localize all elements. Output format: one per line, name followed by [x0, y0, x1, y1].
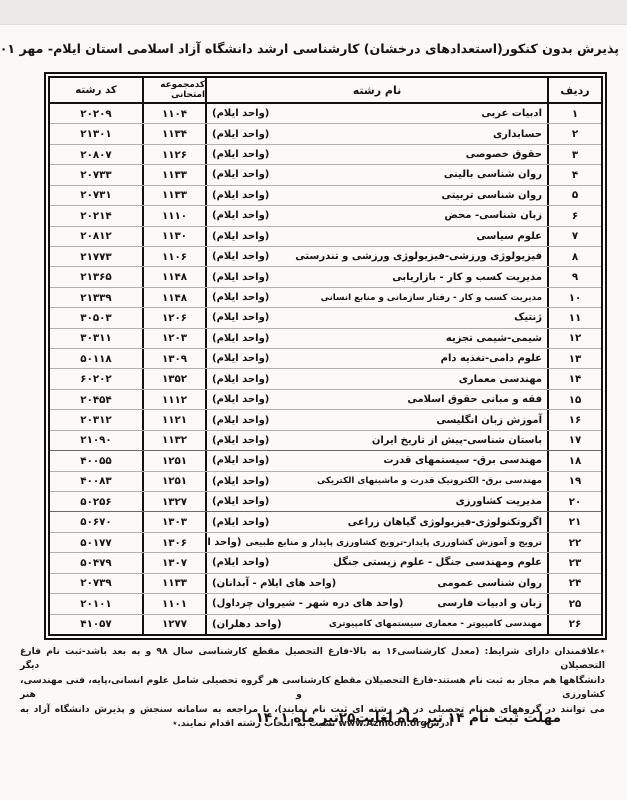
- program-name-cell: فقه و مبانی حقوق اسلامی(واحد ایلام): [205, 390, 547, 409]
- program-name: روان شناسی عمومی: [437, 578, 542, 589]
- program-name: علوم دامی-تغذیه دام: [441, 353, 542, 364]
- row-number-cell: ۱۱: [547, 308, 601, 327]
- exam-group-code-cell: ۱۳۰۶: [142, 533, 205, 552]
- table-row: ۱۱ژنتیک(واحد ایلام)۱۲۰۶۳۰۵۰۳: [50, 307, 601, 327]
- program-name-cell: مهندسی برق- سیستمهای قدرت(واحد ایلام): [205, 451, 547, 470]
- table-row: ۶زبان شناسی- محض(واحد ایلام)۱۱۱۰۲۰۲۱۴: [50, 205, 601, 225]
- exam-group-code-cell: ۱۲۰۳: [142, 329, 205, 348]
- program-code-cell: ۲۰۷۳۱: [50, 186, 142, 205]
- row-number-cell: ۱: [547, 104, 601, 123]
- program-name-cell: علوم دامی-تغذیه دام(واحد ایلام): [205, 349, 547, 368]
- program-name: روان شناسی بالینی: [444, 169, 542, 180]
- program-name: حقوق خصوصی: [466, 149, 542, 160]
- row-number-cell: ۱۳: [547, 349, 601, 368]
- program-name-cell: اگروتکنولوژی-فیزیولوژی گیاهان زراعی(واحد…: [205, 512, 547, 531]
- program-name-cell: زبان و ادبیات فارسی(واحد های دره شهر - ش…: [205, 594, 547, 613]
- table-header-row: ردیف نام رشته کدمجموعه امتحانی کد رشته: [50, 78, 601, 104]
- table-row: ۱۴مهندسی معماری(واحد ایلام)۱۳۵۲۶۰۲۰۲: [50, 368, 601, 388]
- header-program-code: کد رشته: [50, 78, 142, 102]
- row-number-cell: ۱۸: [547, 451, 601, 470]
- campus-unit: (واحد ایلام): [212, 190, 269, 201]
- page-title: پذیرش بدون کنکور(استعدادهای درخشان) کارش…: [8, 41, 619, 56]
- program-code-cell: ۲۰۳۱۲: [50, 410, 142, 429]
- program-code-cell: ۲۰۷۳۹: [50, 574, 142, 593]
- exam-group-code-cell: ۱۳۰۹: [142, 349, 205, 368]
- table-row: ۱۳علوم دامی-تغذیه دام(واحد ایلام)۱۳۰۹۵۰۱…: [50, 348, 601, 368]
- campus-unit: (واحد ایلام): [212, 210, 269, 221]
- program-name: زبان و ادبیات فارسی: [437, 598, 542, 609]
- program-name: زبان شناسی- محض: [444, 210, 542, 221]
- table-row: ۲۶مهندسی کامپیوتر - معماری سیستمهای کامپ…: [50, 614, 601, 634]
- campus-unit: (واحد ایلام): [212, 169, 269, 180]
- campus-unit: (واحد ایلام): [212, 415, 269, 426]
- row-number-cell: ۲۰: [547, 492, 601, 511]
- program-code-cell: ۶۰۲۰۲: [50, 369, 142, 388]
- programs-table: ردیف نام رشته کدمجموعه امتحانی کد رشته ۱…: [44, 72, 607, 640]
- program-name: ژنتیک: [514, 312, 542, 323]
- row-number-cell: ۱۷: [547, 431, 601, 450]
- program-name: شیمی-شیمی تجزیه: [446, 333, 542, 344]
- program-name: باستان شناسی-پیش از تاریخ ایران: [372, 435, 542, 446]
- row-number-cell: ۹: [547, 267, 601, 286]
- program-name-cell: ژنتیک(واحد ایلام): [205, 308, 547, 327]
- program-name: فقه و مبانی حقوق اسلامی: [407, 394, 542, 405]
- row-number-cell: ۱۵: [547, 390, 601, 409]
- exam-group-code-cell: ۱۱۳۰: [142, 227, 205, 246]
- campus-unit: (واحد ایلام): [212, 292, 269, 303]
- program-code-cell: ۴۰۰۸۳: [50, 472, 142, 491]
- program-name: مدیریت کسب و کار - رفتار سازمانی و منابع…: [321, 293, 542, 303]
- program-name-cell: حقوق خصوصی(واحد ایلام): [205, 145, 547, 164]
- program-name: فیزیولوژی ورزشی-فیزیولوژی ورزشی و تندرست…: [295, 251, 542, 262]
- campus-unit: (واحد ایلام): [212, 149, 269, 160]
- table-row: ۹مدیریت کسب و کار - بازاریابی(واحد ایلام…: [50, 266, 601, 286]
- campus-unit: (واحد ایلام): [212, 455, 269, 466]
- exam-group-code-cell: ۱۱۴۸: [142, 267, 205, 286]
- program-code-cell: ۵۰۴۷۹: [50, 553, 142, 572]
- row-number-cell: ۶: [547, 206, 601, 225]
- header-program-name: نام رشته: [205, 78, 547, 102]
- exam-group-code-cell: ۱۱۰۴: [142, 104, 205, 123]
- program-code-cell: ۳۰۳۱۱: [50, 329, 142, 348]
- program-name-cell: آموزش زبان انگلیسی(واحد ایلام): [205, 410, 547, 429]
- program-code-cell: ۴۰۰۵۵: [50, 451, 142, 470]
- row-number-cell: ۱۹: [547, 472, 601, 491]
- campus-unit: (واحد ایلام): [212, 374, 269, 385]
- program-name-cell: مدیریت کسب و کار - بازاریابی(واحد ایلام): [205, 267, 547, 286]
- exam-group-code-cell: ۱۱۳۲: [142, 431, 205, 450]
- campus-unit: (واحد ایلام): [212, 557, 269, 568]
- exam-group-code-cell: ۱۱۰۱: [142, 594, 205, 613]
- program-code-cell: ۳۰۵۰۳: [50, 308, 142, 327]
- campus-unit: (واحد دهلران): [212, 619, 282, 630]
- program-name: روان شناسی تربیتی: [441, 190, 542, 201]
- program-code-cell: ۲۰۱۰۱: [50, 594, 142, 613]
- table-row: ۲۲ترویج و آموزش کشاورزی پایدار-ترویج کشا…: [50, 532, 601, 552]
- program-code-cell: ۲۱۳۶۵: [50, 267, 142, 286]
- programs-table-frame: ردیف نام رشته کدمجموعه امتحانی کد رشته ۱…: [48, 76, 603, 636]
- program-name-cell: مهندسی معماری(واحد ایلام): [205, 369, 547, 388]
- campus-unit: (واحد ایلام): [212, 394, 269, 405]
- campus-unit: (واحد های ایلام - آبدانان): [212, 578, 336, 589]
- campus-unit: (واحد ایلام): [212, 435, 269, 446]
- row-number-cell: ۲۲: [547, 533, 601, 552]
- table-body: ۱ادبیات عربی(واحد ایلام)۱۱۰۴۲۰۲۰۹۲حسابدا…: [50, 104, 601, 634]
- program-name: مهندسی معماری: [459, 374, 542, 385]
- program-name-cell: مهندسی برق- الکترونیک قدرت و ماشینهای ال…: [205, 472, 547, 491]
- exam-group-code-cell: ۱۳۵۲: [142, 369, 205, 388]
- header-exam-group-code: کدمجموعه امتحانی: [142, 78, 205, 102]
- footnote-line: ٭علاقمندان دارای شرایط: (معدل کارشناسی۱۶…: [20, 645, 605, 674]
- program-name-cell: ترویج و آموزش کشاورزی پایدار-ترویج کشاور…: [205, 533, 547, 552]
- table-row: ۱ادبیات عربی(واحد ایلام)۱۱۰۴۲۰۲۰۹: [50, 104, 601, 123]
- program-code-cell: ۵۰۶۷۰: [50, 512, 142, 531]
- program-name-cell: علوم سیاسی(واحد ایلام): [205, 227, 547, 246]
- row-number-cell: ۲: [547, 124, 601, 143]
- exam-group-code-cell: ۱۱۲۱: [142, 410, 205, 429]
- footnote-line: دانشگاهها هم مجاز به ثبت نام هستند-فارغ …: [20, 674, 605, 703]
- exam-group-code-cell: ۱۱۳۳: [142, 165, 205, 184]
- row-number-cell: ۸: [547, 247, 601, 266]
- exam-group-code-cell: ۱۱۴۸: [142, 288, 205, 307]
- program-code-cell: ۲۱۳۰۱: [50, 124, 142, 143]
- program-name: مهندسی برق- الکترونیک قدرت و ماشینهای ال…: [317, 476, 542, 486]
- program-name-cell: ادبیات عربی(واحد ایلام): [205, 104, 547, 123]
- program-name: علوم ومهندسی جنگل - علوم زیستی جنگل: [333, 557, 542, 568]
- table-row: ۴روان شناسی بالینی(واحد ایلام)۱۱۳۳۲۰۷۳۳: [50, 164, 601, 184]
- table-row: ۱۷باستان شناسی-پیش از تاریخ ایران(واحد ا…: [50, 430, 601, 450]
- table-row: ۱۶آموزش زبان انگلیسی(واحد ایلام)۱۱۲۱۲۰۳۱…: [50, 409, 601, 429]
- table-row: ۱۹مهندسی برق- الکترونیک قدرت و ماشینهای …: [50, 471, 601, 491]
- program-name-cell: شیمی-شیمی تجزیه(واحد ایلام): [205, 329, 547, 348]
- campus-unit: (واحد های دره شهر - شیروان چرداول): [212, 598, 403, 609]
- program-name-cell: روان شناسی تربیتی(واحد ایلام): [205, 186, 547, 205]
- row-number-cell: ۱۴: [547, 369, 601, 388]
- registration-deadline: مهلت ثبت نام ۱۴ تیر ماه لغایت۲۵تیر ماه ۱…: [255, 710, 561, 726]
- row-number-cell: ۲۵: [547, 594, 601, 613]
- program-code-cell: ۴۱۰۵۷: [50, 615, 142, 634]
- campus-unit: (واحد ایلام): [212, 353, 269, 364]
- program-code-cell: ۲۰۲۱۴: [50, 206, 142, 225]
- program-code-cell: ۲۱۳۳۹: [50, 288, 142, 307]
- table-row: ۲۰مدیریت کشاورزی(واحد ایلام)۱۳۲۷۵۰۲۵۶: [50, 491, 601, 511]
- program-name: آموزش زبان انگلیسی: [436, 415, 542, 426]
- table-row: ۱۲شیمی-شیمی تجزیه(واحد ایلام)۱۲۰۳۳۰۳۱۱: [50, 328, 601, 348]
- exam-group-code-cell: ۱۱۲۶: [142, 145, 205, 164]
- program-code-cell: ۲۰۷۳۳: [50, 165, 142, 184]
- exam-group-code-cell: ۱۱۳۳: [142, 186, 205, 205]
- exam-group-code-cell: ۱۱۳۳: [142, 574, 205, 593]
- row-number-cell: ۱۰: [547, 288, 601, 307]
- table-row: ۷علوم سیاسی(واحد ایلام)۱۱۳۰۲۰۸۱۲: [50, 226, 601, 246]
- campus-unit: (واحد ایلام): [212, 231, 269, 242]
- program-name: مدیریت کشاورزی: [456, 496, 542, 507]
- campus-unit: (واحد ایلام): [205, 537, 241, 548]
- program-code-cell: ۵۰۱۱۸: [50, 349, 142, 368]
- exam-group-code-cell: ۱۳۰۷: [142, 553, 205, 572]
- program-code-cell: ۲۰۴۵۴: [50, 390, 142, 409]
- exam-group-code-cell: ۱۱۰۶: [142, 247, 205, 266]
- program-name: مهندسی کامپیوتر - معماری سیستمهای کامپیو…: [329, 619, 542, 629]
- campus-unit: (واحد ایلام): [212, 333, 269, 344]
- exam-group-code-cell: ۱۱۱۲: [142, 390, 205, 409]
- program-name-cell: باستان شناسی-پیش از تاریخ ایران(واحد ایل…: [205, 431, 547, 450]
- table-row: ۱۸مهندسی برق- سیستمهای قدرت(واحد ایلام)۱…: [50, 450, 601, 470]
- table-row: ۱۵فقه و مبانی حقوق اسلامی(واحد ایلام)۱۱۱…: [50, 389, 601, 409]
- header-row-number: ردیف: [547, 78, 601, 102]
- program-name-cell: مهندسی کامپیوتر - معماری سیستمهای کامپیو…: [205, 615, 547, 634]
- row-number-cell: ۱۲: [547, 329, 601, 348]
- table-row: ۲حسابداری(واحد ایلام)۱۱۳۴۲۱۳۰۱: [50, 123, 601, 143]
- exam-group-code-cell: ۱۲۵۱: [142, 451, 205, 470]
- program-name-cell: مدیریت کسب و کار - رفتار سازمانی و منابع…: [205, 288, 547, 307]
- program-name: علوم سیاسی: [476, 231, 542, 242]
- row-number-cell: ۳: [547, 145, 601, 164]
- exam-group-code-cell: ۱۳۰۳: [142, 512, 205, 531]
- row-number-cell: ۱۶: [547, 410, 601, 429]
- program-code-cell: ۲۰۲۰۹: [50, 104, 142, 123]
- campus-unit: (واحد ایلام): [212, 251, 269, 262]
- program-code-cell: ۵۰۲۵۶: [50, 492, 142, 511]
- table-row: ۲۴روان شناسی عمومی(واحد های ایلام - آبدا…: [50, 573, 601, 593]
- exam-group-code-cell: ۱۱۱۰: [142, 206, 205, 225]
- program-name: مدیریت کسب و کار - بازاریابی: [392, 272, 542, 283]
- table-row: ۲۳علوم ومهندسی جنگل - علوم زیستی جنگل(وا…: [50, 552, 601, 572]
- program-code-cell: ۲۱۰۹۰: [50, 431, 142, 450]
- campus-unit: (واحد ایلام): [212, 496, 269, 507]
- program-code-cell: ۵۰۱۷۷: [50, 533, 142, 552]
- campus-unit: (واحد ایلام): [212, 272, 269, 283]
- table-row: ۱۰مدیریت کسب و کار - رفتار سازمانی و منا…: [50, 287, 601, 307]
- program-name-cell: زبان شناسی- محض(واحد ایلام): [205, 206, 547, 225]
- program-name-cell: مدیریت کشاورزی(واحد ایلام): [205, 492, 547, 511]
- exam-group-code-cell: ۱۲۷۷: [142, 615, 205, 634]
- program-name-cell: علوم ومهندسی جنگل - علوم زیستی جنگل(واحد…: [205, 553, 547, 572]
- program-name: اگروتکنولوژی-فیزیولوژی گیاهان زراعی: [348, 517, 542, 528]
- program-name: ترویج و آموزش کشاورزی پایدار-ترویج کشاور…: [245, 538, 542, 548]
- row-number-cell: ۲۶: [547, 615, 601, 634]
- campus-unit: (واحد ایلام): [212, 108, 269, 119]
- program-code-cell: ۲۰۸۱۲: [50, 227, 142, 246]
- row-number-cell: ۲۴: [547, 574, 601, 593]
- table-row: ۳حقوق خصوصی(واحد ایلام)۱۱۲۶۲۰۸۰۷: [50, 144, 601, 164]
- table-row: ۲۵زبان و ادبیات فارسی(واحد های دره شهر -…: [50, 593, 601, 613]
- program-name-cell: فیزیولوژی ورزشی-فیزیولوژی ورزشی و تندرست…: [205, 247, 547, 266]
- program-name-cell: حسابداری(واحد ایلام): [205, 124, 547, 143]
- exam-group-code-cell: ۱۱۳۴: [142, 124, 205, 143]
- table-row: ۲۱اگروتکنولوژی-فیزیولوژی گیاهان زراعی(وا…: [50, 511, 601, 531]
- scan-top-band: [0, 0, 627, 25]
- row-number-cell: ۲۳: [547, 553, 601, 572]
- program-name: حسابداری: [493, 129, 542, 140]
- program-name: ادبیات عربی: [481, 108, 542, 119]
- program-code-cell: ۲۰۸۰۷: [50, 145, 142, 164]
- campus-unit: (واحد ایلام): [212, 312, 269, 323]
- campus-unit: (واحد ایلام): [212, 517, 269, 528]
- row-number-cell: ۵: [547, 186, 601, 205]
- program-name: مهندسی برق- سیستمهای قدرت: [383, 455, 542, 466]
- program-name-cell: روان شناسی بالینی(واحد ایلام): [205, 165, 547, 184]
- exam-group-code-cell: ۱۳۲۷: [142, 492, 205, 511]
- exam-group-code-cell: ۱۲۰۶: [142, 308, 205, 327]
- campus-unit: (واحد ایلام): [212, 129, 269, 140]
- program-name-cell: روان شناسی عمومی(واحد های ایلام - آبدانا…: [205, 574, 547, 593]
- program-code-cell: ۲۱۷۷۳: [50, 247, 142, 266]
- exam-group-code-cell: ۱۲۵۱: [142, 472, 205, 491]
- table-row: ۸فیزیولوژی ورزشی-فیزیولوژی ورزشی و تندرس…: [50, 246, 601, 266]
- row-number-cell: ۴: [547, 165, 601, 184]
- table-row: ۵روان شناسی تربیتی(واحد ایلام)۱۱۳۳۲۰۷۳۱: [50, 185, 601, 205]
- campus-unit: (واحد ایلام): [212, 476, 269, 487]
- row-number-cell: ۷: [547, 227, 601, 246]
- row-number-cell: ۲۱: [547, 512, 601, 531]
